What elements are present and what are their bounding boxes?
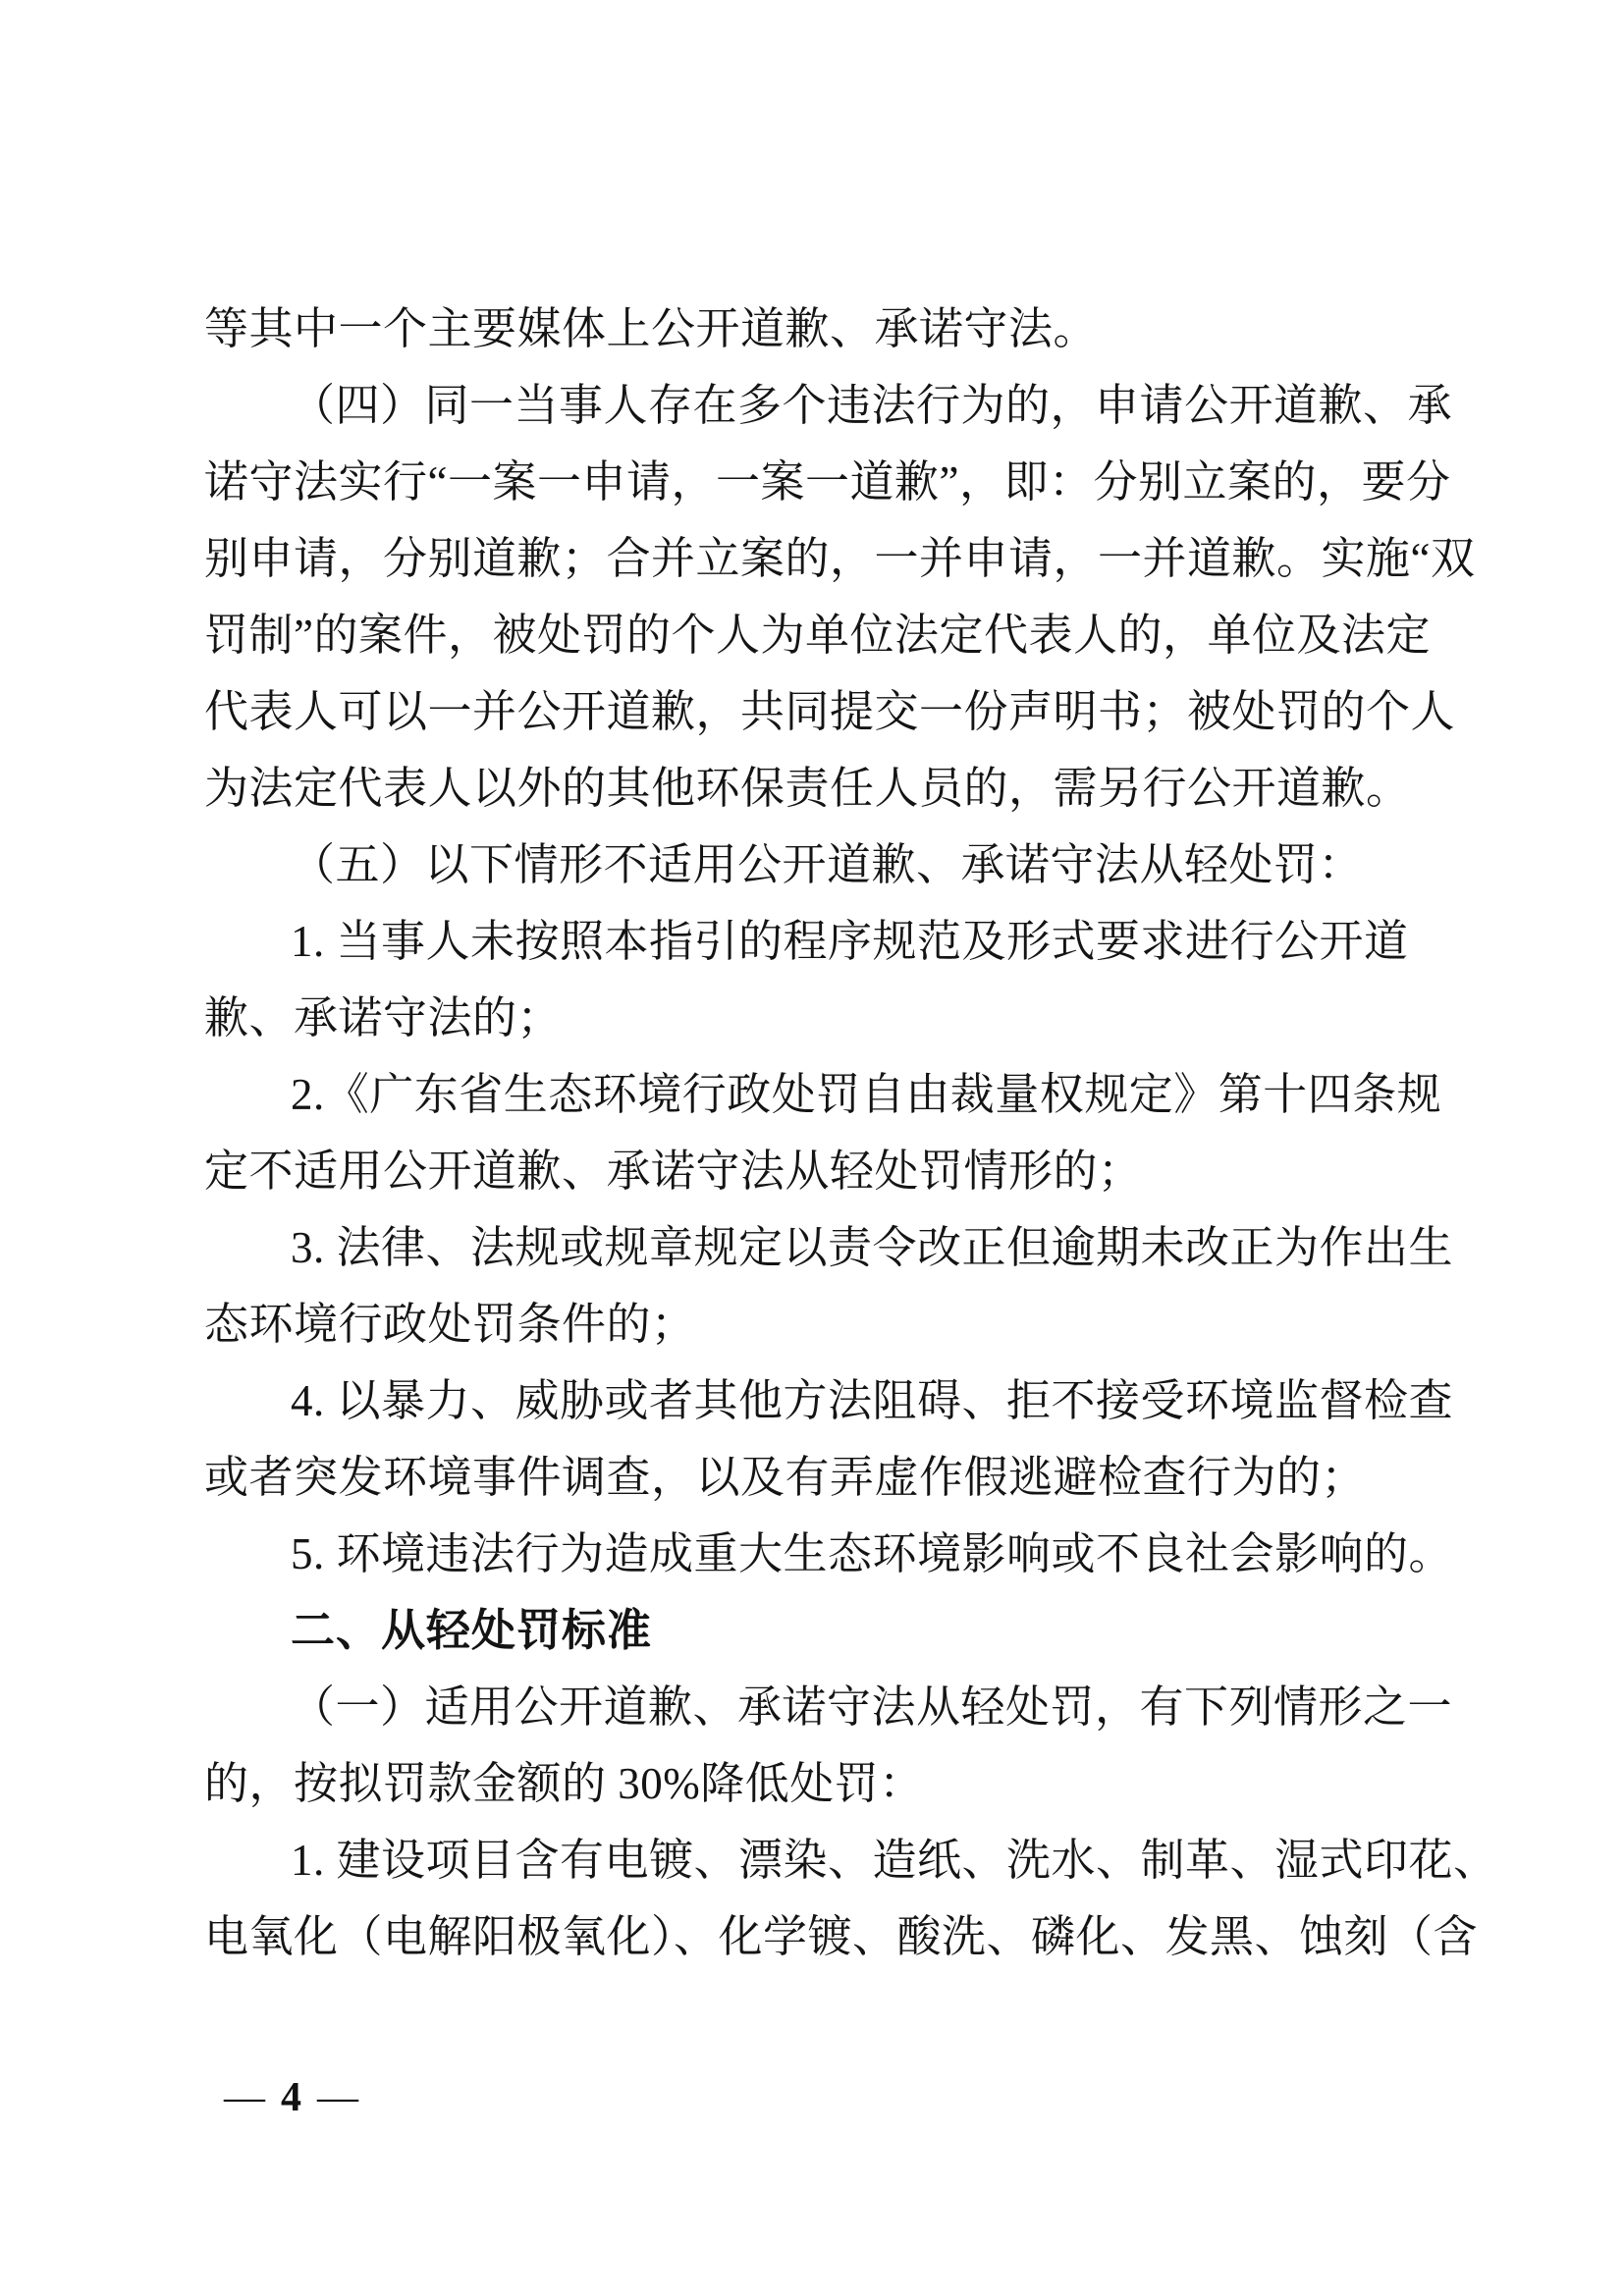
- text-line: 电氧化（电解阳极氧化）、化学镀、酸洗、磷化、发黑、蚀刻（含: [204, 1898, 1490, 1975]
- text-line: 等其中一个主要媒体上公开道歉、承诺守法。: [204, 291, 1490, 367]
- text-line: 代表人可以一并公开道歉，共同提交一份声明书；被处罚的个人: [204, 673, 1490, 750]
- text-line: 别申请，分别道歉；合并立案的，一并申请，一并道歉。实施“双: [204, 520, 1490, 597]
- text-line: 的，按拟罚款金额的 30%降低处罚：: [204, 1745, 1490, 1822]
- text-line: 1. 建设项目含有电镀、漂染、造纸、洗水、制革、湿式印花、: [204, 1822, 1490, 1898]
- text-line: （四）同一当事人存在多个违法行为的，申请公开道歉、承: [204, 367, 1490, 444]
- footer-dash-left: —: [224, 2075, 265, 2120]
- page-number-footer: —4—: [224, 2069, 358, 2126]
- document-text-block: 等其中一个主要媒体上公开道歉、承诺守法。（四）同一当事人存在多个违法行为的，申请…: [204, 291, 1490, 1975]
- section-heading: 二、从轻处罚标准: [204, 1592, 1490, 1669]
- text-line: 歉、承诺守法的；: [204, 980, 1490, 1056]
- text-line: 态环境行政处罚条件的；: [204, 1286, 1490, 1362]
- text-line: （一）适用公开道歉、承诺守法从轻处罚，有下列情形之一: [204, 1669, 1490, 1745]
- text-line: （五）以下情形不适用公开道歉、承诺守法从轻处罚：: [204, 827, 1490, 903]
- text-line: 2.《广东省生态环境行政处罚自由裁量权规定》第十四条规: [204, 1056, 1490, 1133]
- text-line: 或者突发环境事件调查，以及有弄虚作假逃避检查行为的；: [204, 1439, 1490, 1516]
- footer-dash-right: —: [317, 2075, 358, 2120]
- document-page: 等其中一个主要媒体上公开道歉、承诺守法。（四）同一当事人存在多个违法行为的，申请…: [0, 0, 1624, 2296]
- text-line: 为法定代表人以外的其他环保责任人员的，需另行公开道歉。: [204, 750, 1490, 827]
- text-line: 诺守法实行“一案一申请，一案一道歉”，即：分别立案的，要分: [204, 444, 1490, 520]
- text-line: 3. 法律、法规或规章规定以责令改正但逾期未改正为作出生: [204, 1209, 1490, 1286]
- text-line: 4. 以暴力、威胁或者其他方法阻碍、拒不接受环境监督检查: [204, 1362, 1490, 1439]
- text-line: 5. 环境违法行为造成重大生态环境影响或不良社会影响的。: [204, 1516, 1490, 1592]
- page-number: 4: [281, 2075, 301, 2120]
- text-line: 定不适用公开道歉、承诺守法从轻处罚情形的；: [204, 1133, 1490, 1209]
- text-line: 1. 当事人未按照本指引的程序规范及形式要求进行公开道: [204, 903, 1490, 980]
- text-line: 罚制”的案件，被处罚的个人为单位法定代表人的，单位及法定: [204, 597, 1490, 673]
